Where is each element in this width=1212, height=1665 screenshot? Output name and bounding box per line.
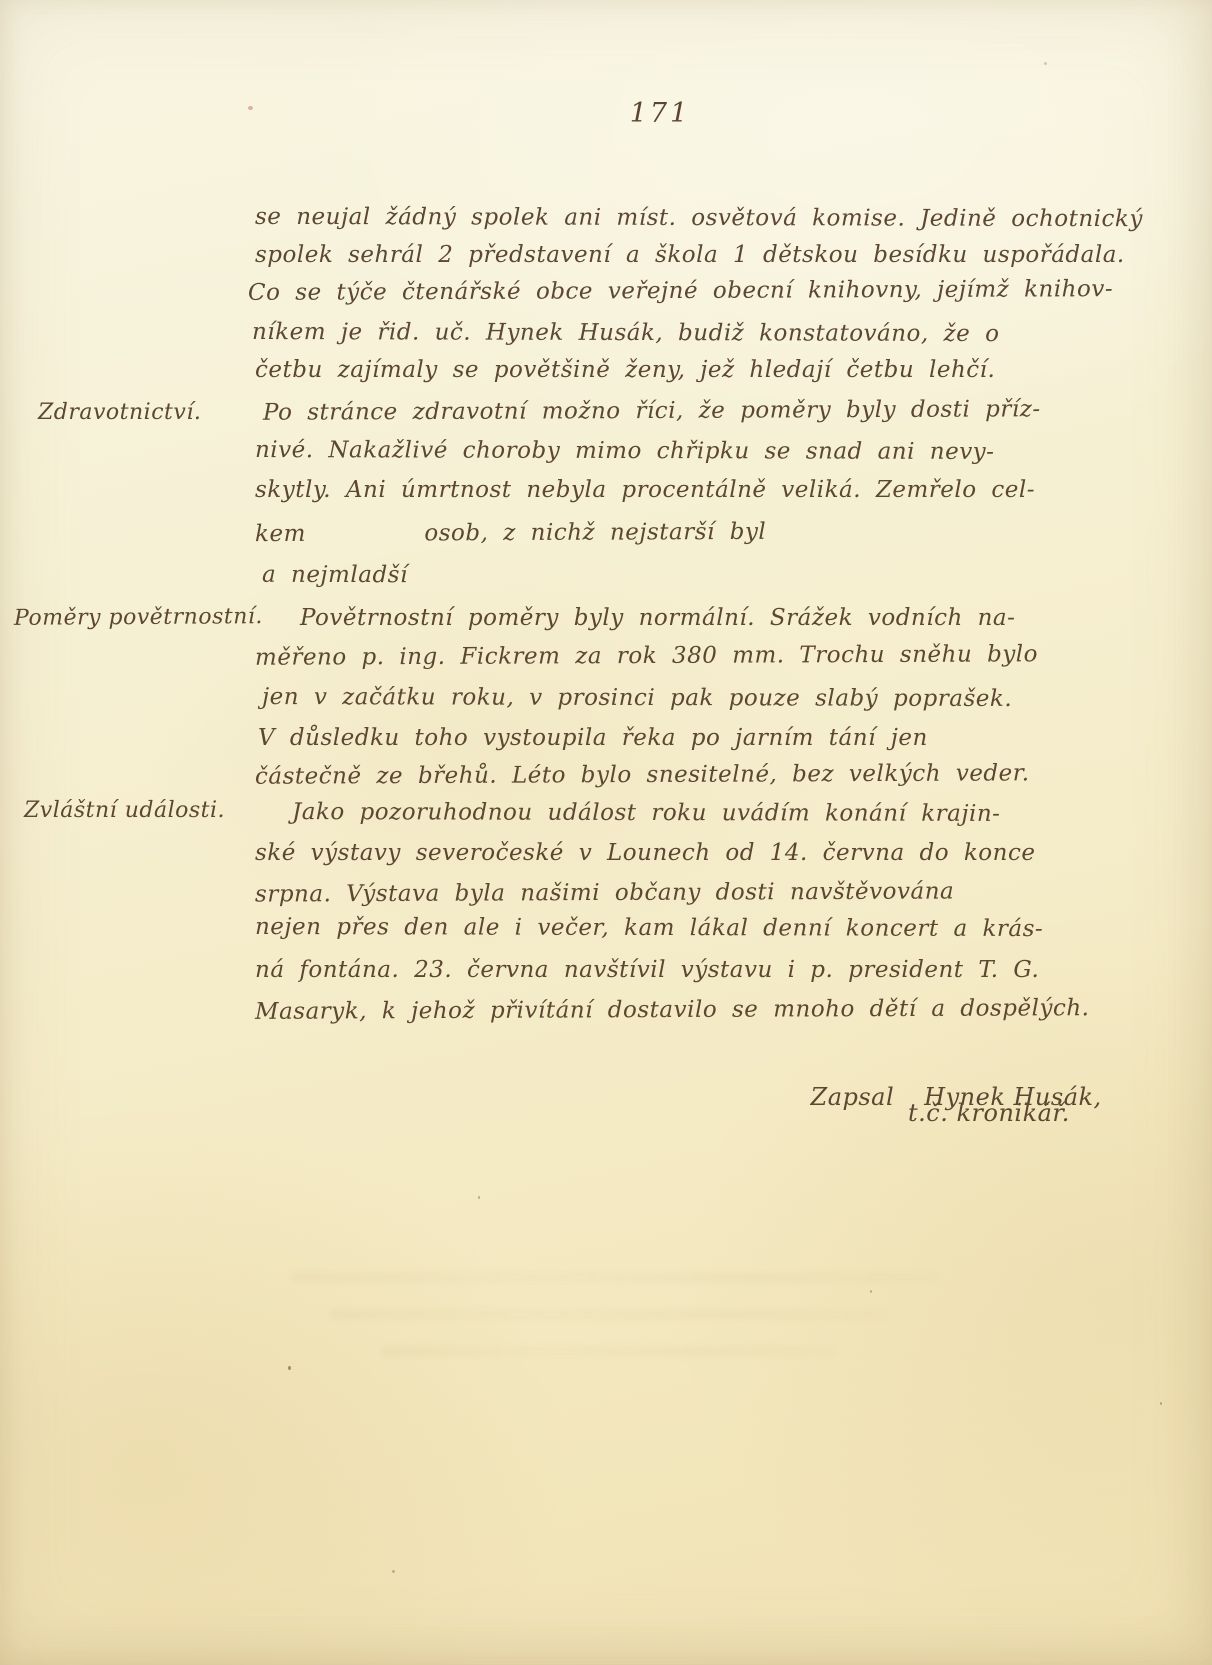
signature-title: t.č. kronikář. bbox=[908, 1099, 1070, 1127]
paper-speck bbox=[870, 1290, 872, 1293]
signature-zapsal: Zapsal bbox=[811, 1083, 895, 1111]
handwritten-line: nivé. Nakažlivé choroby mimo chřipku se … bbox=[255, 435, 995, 467]
chronicle-page: 171 Zdravotnictví. Poměry povětrnostní. … bbox=[0, 0, 1212, 1665]
margin-note-zvlastni-udalosti: Zvláštní události. bbox=[24, 798, 225, 823]
handwritten-line: a nejmladší bbox=[262, 560, 408, 590]
handwritten-line: nejen přes den ale i večer, kam lákal de… bbox=[255, 912, 1043, 944]
handwritten-line: Jako pozoruhodnou událost roku uvádím ko… bbox=[292, 797, 1001, 829]
handwritten-line: ské výstavy severočeské v Lounech od 14.… bbox=[255, 838, 1035, 868]
handwritten-line: četbu zajímaly se povětšině ženy, jež hl… bbox=[255, 355, 995, 385]
handwritten-line: Co se týče čtenářské obce veřejné obecní… bbox=[248, 274, 1113, 308]
handwritten-line: Po stránce zdravotní možno říci, že pomě… bbox=[263, 394, 1041, 427]
paper-speck bbox=[392, 1570, 395, 1573]
paper-speck bbox=[1044, 62, 1047, 65]
margin-note-pomery-povetrnostni: Poměry povětrnostní. bbox=[14, 604, 263, 631]
handwritten-line: jen v začátku roku, v prosinci pak pouze… bbox=[262, 682, 1012, 714]
handwritten-line: částečně ze břehů. Léto bylo snesitelné,… bbox=[255, 758, 1030, 791]
handwritten-line: se neujal žádný spolek ani míst. osvětov… bbox=[255, 202, 1143, 234]
handwritten-line: níkem je řid. uč. Hynek Husák, budiž kon… bbox=[252, 317, 1000, 349]
bleedthrough-ghost-text bbox=[290, 1272, 940, 1402]
paper-speck bbox=[248, 106, 253, 110]
margin-note-zdravotnictvi: Zdravotnictví. bbox=[38, 400, 201, 425]
handwritten-line: V důsledku toho vystoupila řeka po jarní… bbox=[258, 723, 928, 753]
paper-speck bbox=[1160, 1402, 1162, 1405]
handwritten-line: srpna. Výstava byla našimi občany dosti … bbox=[255, 876, 954, 909]
handwritten-line: skytly. Ani úmrtnost nebyla procentálně … bbox=[255, 475, 1035, 505]
handwritten-line: Masaryk, k jehož přivítání dostavilo se … bbox=[255, 993, 1090, 1027]
page-number: 171 bbox=[610, 98, 710, 129]
handwritten-line: Povětrnostní poměry byly normální. Sráže… bbox=[300, 603, 1015, 633]
paper-speck bbox=[478, 1196, 480, 1199]
paper-speck bbox=[288, 1366, 291, 1370]
handwritten-line: kem osob, z nichž nejstarší byl bbox=[255, 517, 766, 549]
handwritten-line: měřeno p. ing. Fickrem za rok 380 mm. Tr… bbox=[255, 639, 1038, 672]
handwritten-line: spolek sehrál 2 představení a škola 1 dě… bbox=[255, 240, 1125, 270]
handwritten-line: ná fontána. 23. června navštívil výstavu… bbox=[255, 955, 1039, 985]
